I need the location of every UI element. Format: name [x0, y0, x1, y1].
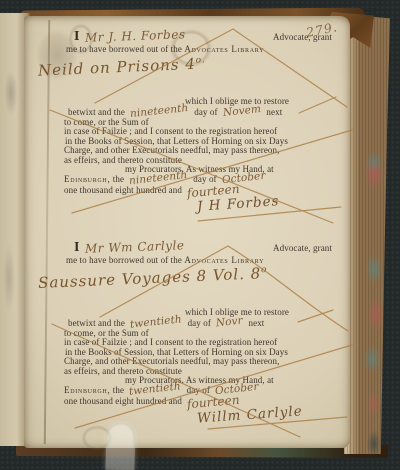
the-text: the — [113, 174, 124, 184]
year-printed-text: one thousand eight hundred and — [64, 185, 182, 195]
grant-line: I Mr Wm Carlyle Advocate, grant — [62, 243, 332, 254]
betwixt-text: betwixt and the — [68, 318, 125, 328]
edinburgh-text: Edinburgh, — [64, 174, 110, 184]
year-line: one thousand eight hundred and fourteen — [64, 185, 243, 196]
next-text: next — [266, 107, 282, 117]
printed-initial: I — [74, 32, 80, 42]
borrower-name-handwritten: Mr J. H. Forbes — [84, 30, 185, 43]
photograph-of-register-page: 279. I Mr J. H. Forbes Advocate, grant m… — [0, 0, 400, 470]
page-holder-tab — [105, 423, 135, 470]
loan-entry-forbes: I Mr J. H. Forbes Advocate, grant me to … — [62, 32, 332, 222]
loan-entry-carlyle: I Mr Wm Carlyle Advocate, grant me to ha… — [62, 243, 332, 433]
book-title-text: Saussure Voyages 8 Vol. 8 — [38, 264, 262, 292]
ink-smudge — [2, 63, 20, 123]
marbled-fore-edge — [344, 14, 390, 454]
day-of-text: day of — [188, 318, 211, 328]
register-page: 279. I Mr J. H. Forbes Advocate, grant m… — [24, 16, 350, 448]
borrowed-line: me to have borrowed out of the Advocates… — [66, 256, 264, 266]
book-format: o — [261, 265, 268, 275]
grant-line: I Mr J. H. Forbes Advocate, grant — [62, 32, 332, 43]
day-of-text: day of — [194, 107, 217, 117]
due-month-handwritten: Novr — [216, 317, 244, 329]
book-title-handwritten: Saussure Voyages 8 Vol. 8o — [38, 264, 268, 292]
advocates-library-text: Advocates Library — [184, 44, 264, 54]
book-title-text: Neild on Prisons 4 — [38, 55, 197, 80]
due-month-handwritten: Novem — [223, 105, 262, 118]
day-of-text: day of — [193, 174, 216, 184]
book-title-handwritten: Neild on Prisons 4o. — [38, 54, 207, 79]
year-printed-text: one thousand eight hundred and — [64, 396, 182, 406]
printed-initial: I — [74, 243, 80, 253]
advocate-grant-text: Advocate, grant — [273, 33, 332, 43]
borrowed-line: me to have borrowed out of the Advocates… — [66, 45, 264, 55]
advocate-grant-text: Advocate, grant — [273, 244, 332, 254]
next-text: next — [249, 318, 265, 328]
ink-smudge — [1, 233, 17, 323]
borrowed-pre-text: me to have borrowed out of the — [66, 44, 182, 54]
advocates-library-text: Advocates Library — [184, 255, 264, 265]
borrowed-pre-text: me to have borrowed out of the — [66, 255, 182, 265]
the-text: the — [113, 385, 124, 395]
edinburgh-text: Edinburgh, — [64, 385, 110, 395]
year-line: one thousand eight hundred and fourteen — [64, 396, 243, 407]
day-of-text: day of — [187, 385, 210, 395]
signed-day-handwritten: twentieth — [129, 382, 182, 397]
borrower-name-handwritten: Mr Wm Carlyle — [84, 241, 184, 254]
betwixt-text: betwixt and the — [68, 107, 125, 117]
gutter-crease — [44, 20, 50, 444]
book-format: o. — [195, 55, 206, 65]
